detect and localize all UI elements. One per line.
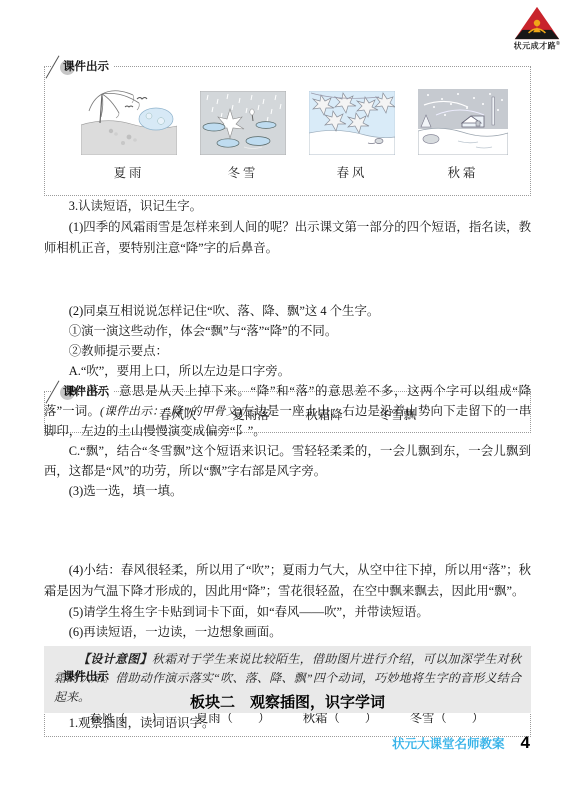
maple-leaves-illustration [309, 91, 395, 155]
courseware-label-text: 课件出示 [63, 386, 109, 398]
step-3-item-4: (4)小结：春风很轻柔，所以用了“吹”；夏雨力气大，从空中往下掉，所以用“落”；… [44, 560, 531, 602]
figure-caption: 春风 [309, 163, 395, 181]
point-b: B.“落”，意思是从天上掉下来。“降”和“落”的意思差不多，这两个字可以组成“降… [44, 381, 531, 441]
courseware-label-text: 课件出示 [63, 61, 109, 73]
figure-card: 春风 [309, 91, 395, 181]
snow-house-illustration [418, 89, 508, 155]
rain-lotus-pond-illustration [200, 91, 286, 155]
block-2-heading: 板块二 观察插图，识字学词 [44, 691, 531, 712]
season-figures: 夏雨 [45, 67, 530, 189]
courseware-box-pictures: 课件出示 [44, 66, 531, 196]
point-b-courseware-note: (课件出示：“降”的甲骨文) [100, 404, 242, 418]
document-page: 状元成才路® 课件出示 [0, 0, 574, 802]
step-3-item-1: (1)四季的风霜雨雪是怎样来到人间的呢？出示课文第一部分的四个短语，指名读，教师… [44, 217, 531, 259]
step-3-item-6: (6)再读短语，一边读，一边想象画面。 [44, 622, 531, 642]
footer-brand-text: 状元大课堂名师教案 [392, 734, 505, 752]
step-3-item-3: (3)选一选，填一填。 [44, 481, 531, 501]
figure-caption: 冬雪 [200, 163, 286, 181]
courseware-label: 课件出示 [51, 59, 113, 75]
step-3-item-2: (2)同桌互相说说怎样记住“吹、落、降、飘”这 4 个生字。 [44, 301, 531, 321]
figure-card: 夏雨 [81, 83, 177, 181]
page-footer: 状元大课堂名师教案 4 [392, 733, 530, 753]
page-number: 4 [521, 733, 530, 753]
figure-card: 冬雪 [200, 91, 286, 181]
figure-caption: 夏雨 [81, 163, 177, 181]
block-2-item-1: 1.观察插图，读词语识字。 [44, 713, 531, 733]
step-3-sub-2: ②教师提示要点： [44, 341, 531, 361]
step-3-sub-1: ①演一演这些动作，体会“飘”与“落”“降”的不同。 [44, 321, 531, 341]
point-a: A.“吹”，要用上口，所以左边是口字旁。 [44, 361, 531, 381]
step-3-points: (2)同桌互相说说怎样记住“吹、落、降、飘”这 4 个生字。 ①演一演这些动作，… [44, 301, 531, 481]
step-3-heading: 3.认读短语，识记生字。 [44, 196, 531, 217]
courseware-label-text: 课件出示 [63, 671, 109, 683]
page-content: 课件出示 [44, 0, 531, 802]
step-3-item-5: (5)请学生将生字卡贴到词卡下面，如“春风——吹”，并带读短语。 [44, 602, 531, 622]
point-c: C.“飘”，结合“冬雪飘”这个短语来识记。雪轻轻柔柔的，一会儿飘到东，一会儿飘到… [44, 441, 531, 481]
design-intent-label: 【设计意图】 [78, 652, 152, 666]
figure-caption: 秋霜 [418, 163, 508, 181]
willow-swallows-illustration [81, 83, 177, 155]
figure-card: 秋霜 [418, 89, 508, 181]
